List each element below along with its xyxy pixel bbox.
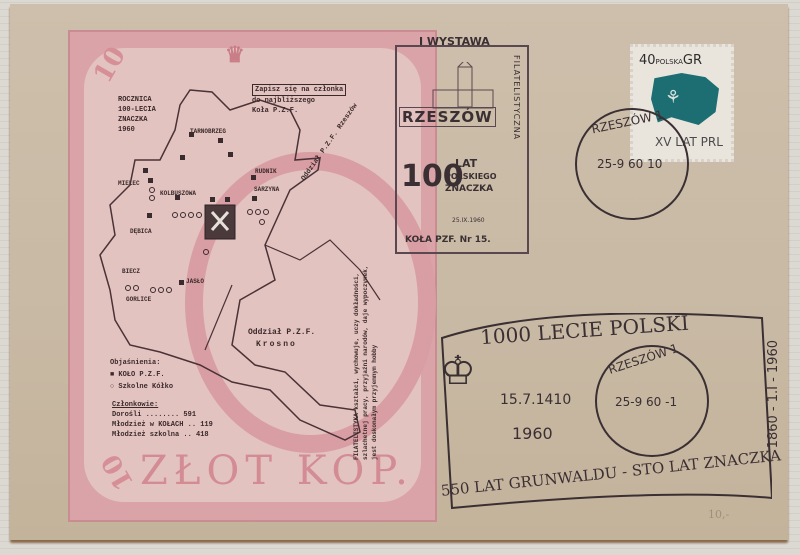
town-label: JASŁO <box>186 278 204 285</box>
town-label: TARNOBRZEG <box>190 128 226 135</box>
legend-item: ■ KOŁO P.Z.F. <box>110 369 173 381</box>
pencil-price-note: 10,- <box>708 508 729 521</box>
inner-round-postmark: RZESZÓW 1 25-9 60 -1 <box>595 345 709 457</box>
exhibition-cancel: I WYSTAWA FILATELISTYCZNA RZESZÓW 100 LA… <box>395 45 529 254</box>
battle-date: 15.7.1410 <box>500 392 571 408</box>
stat-row: Młodzież w KOŁACH .. 119 <box>112 420 213 430</box>
stat-row: Dorośli ........ 591 <box>112 410 213 420</box>
join-note: Zapisz się na członka do najbliższego Ko… <box>252 84 346 116</box>
king-portrait-icon: ♔ <box>440 348 476 394</box>
year-text: 1960 <box>512 424 553 443</box>
vertical-slogan: FILATELISTYKA kształci, wychowuje, uczy … <box>352 250 379 460</box>
town-label: DĘBICA <box>130 228 152 235</box>
town-label: SARZYNA <box>254 186 279 193</box>
members-stats: Członkowie: Dorośli ........ 591 Młodzie… <box>112 400 213 440</box>
cancel-side-text: 1860 - 1.I - 1960 <box>766 340 781 448</box>
legend: Objaśnienia: ■ KOŁO P.Z.F. ○ Szkolne Kół… <box>110 357 173 393</box>
town-label: BIECZ <box>122 268 140 275</box>
town-label: GORLICE <box>126 296 151 303</box>
town-label: MIELEC <box>118 180 140 187</box>
anniversary-note: ROCZNICA 100-LECIA ZNACZKA 1960 <box>118 95 156 135</box>
legend-item: ○ Szkolne Kółko <box>110 381 173 393</box>
tower-icon <box>403 62 443 112</box>
stat-row: Młodzież szkolna .. 418 <box>112 430 213 440</box>
round-postmark: RZESZÓW 1 25-9 60 10 <box>575 108 689 220</box>
town-label: RUDNIK <box>255 168 277 175</box>
krosno-branch-label: Oddział P.Z.F. Krosno <box>248 327 315 351</box>
wheat-sheaf-icon: ⚘ <box>665 87 681 108</box>
town-label: KOLBUSZOWA <box>160 190 196 197</box>
